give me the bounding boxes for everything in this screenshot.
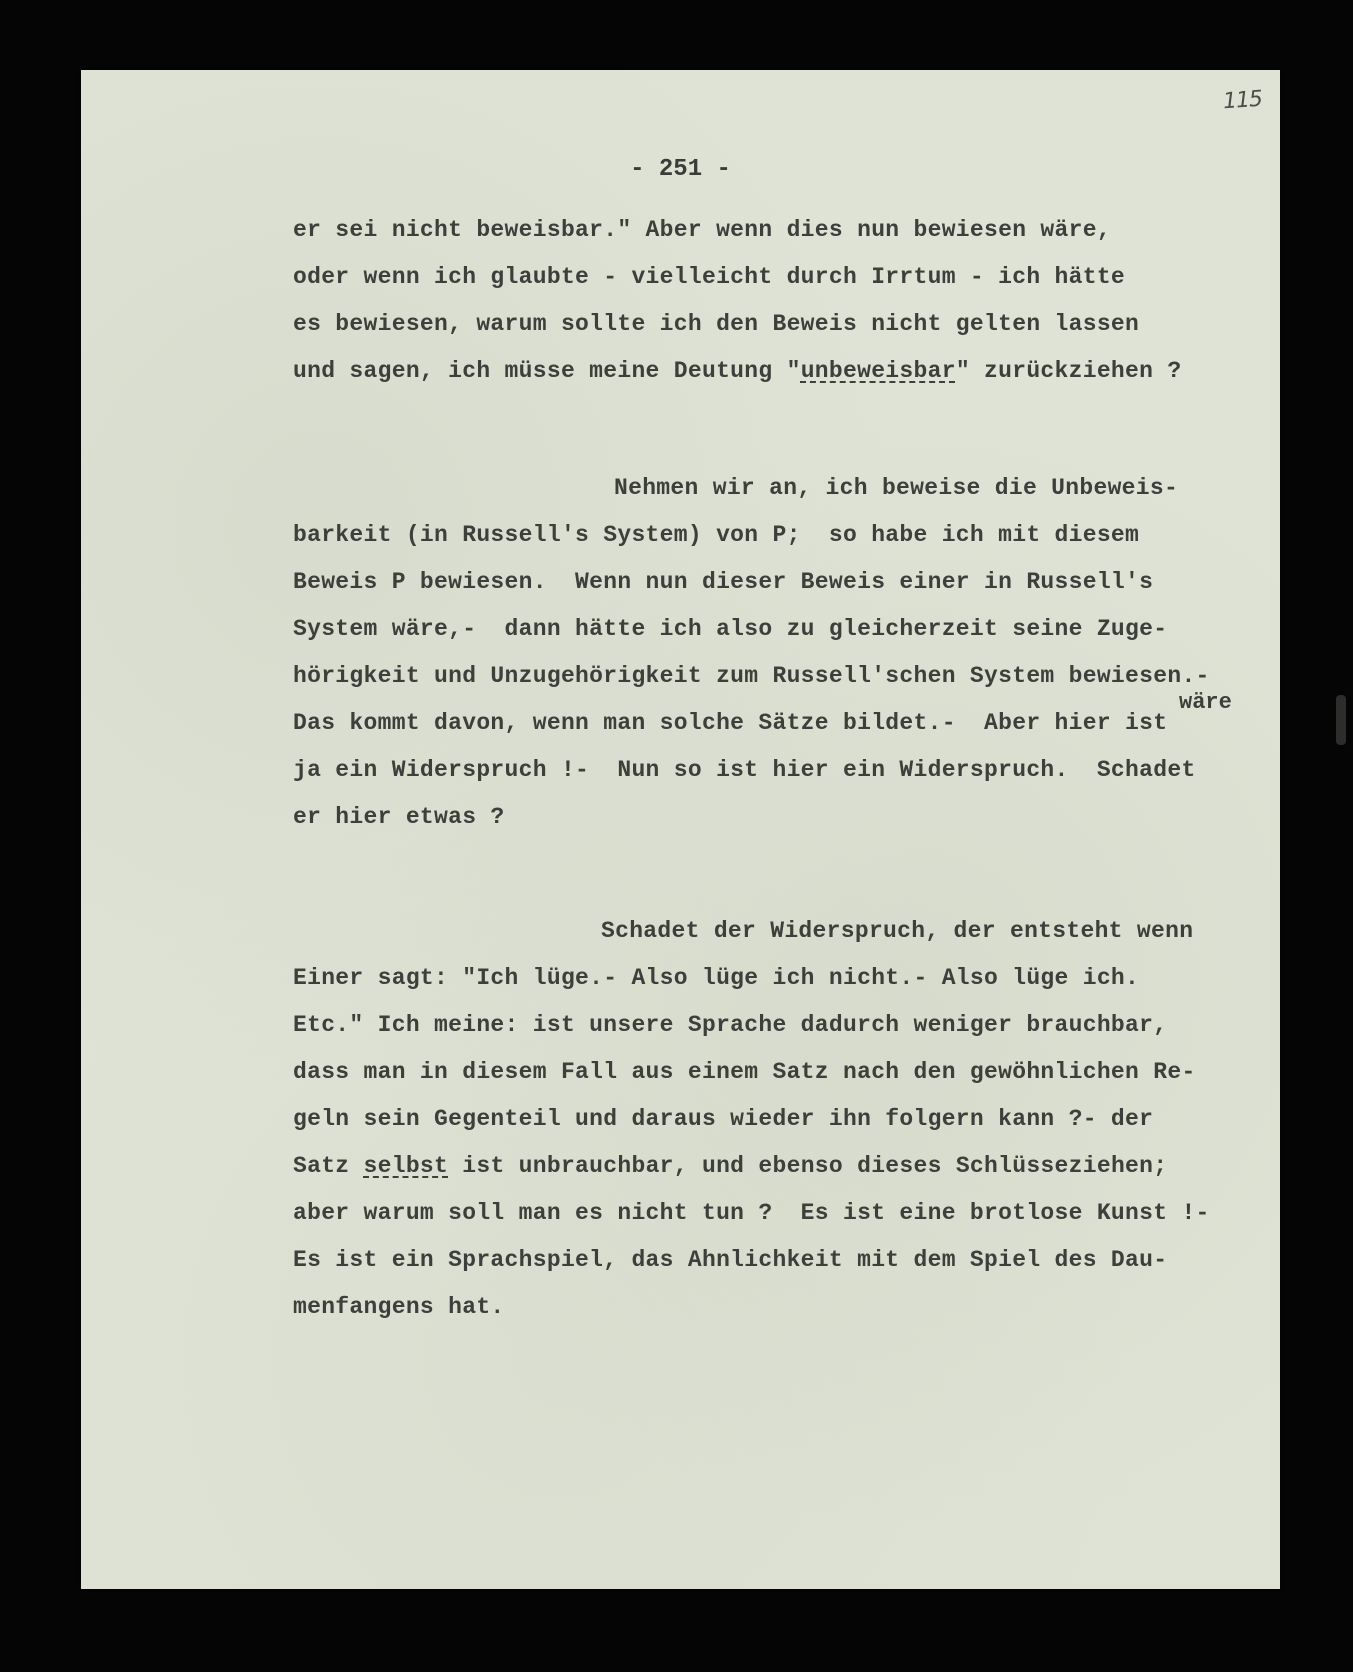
- paragraph-3-line-1: Schadet der Widerspruch, der entsteht we…: [601, 918, 1193, 944]
- paragraph-2-line-2: barkeit (in Russell's System) von P; so …: [293, 522, 1139, 548]
- underlined-word: unbeweisbar: [801, 358, 956, 384]
- line-text: ist unbrauchbar, und ebenso dieses Schlü…: [448, 1153, 1167, 1179]
- paragraph-3-line-8: Es ist ein Sprachspiel, das Ahnlichkeit …: [293, 1247, 1167, 1273]
- paragraph-3-line-7: aber warum soll man es nicht tun ? Es is…: [293, 1200, 1210, 1226]
- page-number: - 251 -: [81, 156, 1280, 183]
- paragraph-2-line-4: System wäre,- dann hätte ich also zu gle…: [293, 616, 1167, 642]
- interlinear-insertion: wäre: [1179, 690, 1232, 715]
- margin-smudge: [1336, 695, 1346, 745]
- underlined-word: selbst: [364, 1153, 449, 1179]
- paragraph-3-line-3: Etc." Ich meine: ist unsere Sprache dadu…: [293, 1012, 1167, 1038]
- paragraph-3-line-6: Satz selbst ist unbrauchbar, und ebenso …: [293, 1153, 1167, 1179]
- paragraph-3-line-4: dass man in diesem Fall aus einem Satz n…: [293, 1059, 1196, 1085]
- paragraph-2-line-8: er hier etwas ?: [293, 804, 505, 830]
- paragraph-1-line-4: und sagen, ich müsse meine Deutung "unbe…: [293, 358, 1181, 384]
- paragraph-3-line-5: geln sein Gegenteil und daraus wieder ih…: [293, 1106, 1153, 1132]
- paragraph-2-line-3: Beweis P bewiesen. Wenn nun dieser Bewei…: [293, 569, 1153, 595]
- document-page: 115 - 251 - er sei nicht beweisbar." Abe…: [81, 70, 1280, 1589]
- line-text: und sagen, ich müsse meine Deutung ": [293, 358, 801, 384]
- line-text: Satz: [293, 1153, 364, 1179]
- paragraph-1-line-2: oder wenn ich glaubte - vielleicht durch…: [293, 264, 1125, 290]
- paragraph-1-line-1: er sei nicht beweisbar." Aber wenn dies …: [293, 217, 1111, 243]
- paragraph-2-line-5: hörigkeit und Unzugehörigkeit zum Russel…: [293, 663, 1210, 689]
- paragraph-2-line-6: Das kommt davon, wenn man solche Sätze b…: [293, 710, 1167, 736]
- line-text: " zurückziehen ?: [956, 358, 1182, 384]
- paragraph-1-line-3: es bewiesen, warum sollte ich den Beweis…: [293, 311, 1139, 337]
- paragraph-3-line-2: Einer sagt: "Ich lüge.- Also lüge ich ni…: [293, 965, 1139, 991]
- paragraph-2-line-7: ja ein Widerspruch !- Nun so ist hier ei…: [293, 757, 1196, 783]
- paragraph-2-line-1: Nehmen wir an, ich beweise die Unbeweis-: [614, 475, 1178, 501]
- paragraph-3-line-9: menfangens hat.: [293, 1294, 505, 1320]
- folio-number: 115: [1222, 87, 1263, 115]
